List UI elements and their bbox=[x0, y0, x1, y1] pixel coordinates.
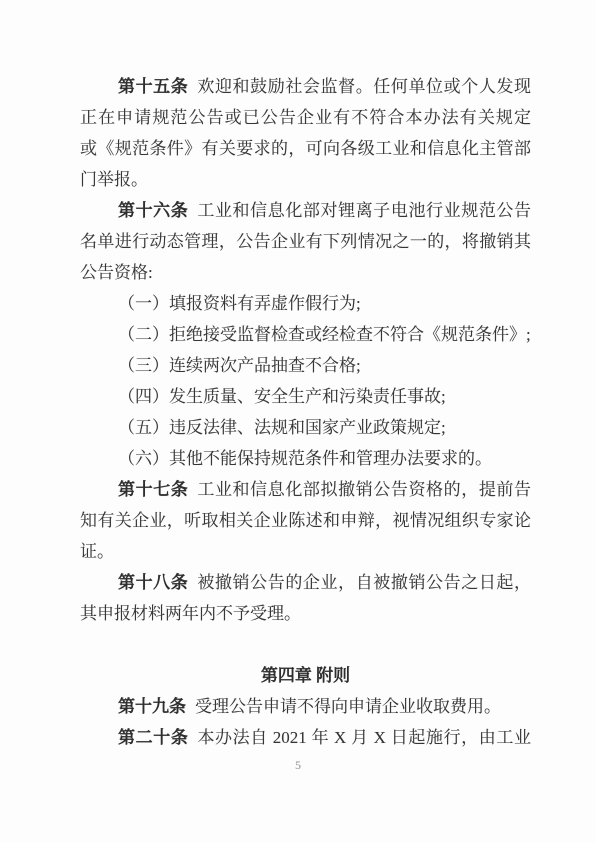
article-number: 第十七条 bbox=[118, 480, 188, 499]
article-line: 名单进行动态管理，公告企业有下列情况之一的，将撤销其 bbox=[80, 226, 531, 257]
article-number: 第二十条 bbox=[118, 728, 188, 747]
list-item-text: （一）填报资料有弄虚作假行为; bbox=[118, 294, 361, 313]
text-block: 第十五条欢迎和鼓励社会监督。任何单位或个人发现 正在申请规范公告或已公告企业有不… bbox=[80, 71, 531, 753]
article-text: 本办法自 2021 年 X 月 X 日起施行，由工业 bbox=[197, 728, 531, 747]
list-item-text: （四）发生质量、安全生产和污染责任事故; bbox=[118, 387, 446, 406]
article-text: 门举报。 bbox=[80, 170, 148, 189]
article-text: 欢迎和鼓励社会监督。任何单位或个人发现 bbox=[197, 77, 531, 96]
article-text: 其申报材料两年内不予受理。 bbox=[80, 604, 301, 623]
article-line: 门举报。 bbox=[80, 164, 531, 195]
article-text: 证。 bbox=[80, 542, 114, 561]
article-line: 或《规范条件》有关要求的，可向各级工业和信息化主管部 bbox=[80, 133, 531, 164]
list-item-text: （三）连续两次产品抽查不合格; bbox=[118, 356, 361, 375]
article-line: 其申报材料两年内不予受理。 bbox=[80, 598, 531, 629]
article-number: 第十八条 bbox=[118, 573, 188, 592]
article-text: 或《规范条件》有关要求的，可向各级工业和信息化主管部 bbox=[80, 139, 531, 158]
article-line: 正在申请规范公告或已公告企业有不符合本办法有关规定 bbox=[80, 102, 531, 133]
article-line: 第十九条受理公告申请不得向申请企业收取费用。 bbox=[80, 691, 531, 722]
article-text: 公告资格: bbox=[80, 263, 153, 282]
article-line: 公告资格: bbox=[80, 257, 531, 288]
article-number: 第十九条 bbox=[118, 697, 186, 716]
article-line: 第二十条本办法自 2021 年 X 月 X 日起施行，由工业 bbox=[80, 722, 531, 753]
article-line: 第十六条工业和信息化部对锂离子电池行业规范公告 bbox=[80, 195, 531, 226]
list-item-text: （二）拒绝接受监督检查或经检查不符合《规范条件》; bbox=[118, 325, 531, 344]
article-line: 第十七条工业和信息化部拟撤销公告资格的，提前告 bbox=[80, 474, 531, 505]
list-item: （一）填报资料有弄虚作假行为; bbox=[80, 288, 531, 319]
article-text: 名单进行动态管理，公告企业有下列情况之一的，将撤销其 bbox=[80, 232, 531, 251]
article-text: 被撤销公告的企业，自被撤销公告之日起， bbox=[197, 573, 531, 592]
list-item-text: （六）其他不能保持规范条件和管理办法要求的。 bbox=[118, 449, 492, 468]
article-text: 受理公告申请不得向申请企业收取费用。 bbox=[195, 697, 501, 716]
list-item: （六）其他不能保持规范条件和管理办法要求的。 bbox=[80, 443, 531, 474]
document-page: 第十五条欢迎和鼓励社会监督。任何单位或个人发现 正在申请规范公告或已公告企业有不… bbox=[0, 0, 596, 842]
list-item: （三）连续两次产品抽查不合格; bbox=[80, 350, 531, 381]
article-text: 正在申请规范公告或已公告企业有不符合本办法有关规定 bbox=[80, 108, 531, 127]
page-number: 5 bbox=[0, 757, 596, 773]
article-text: 工业和信息化部拟撤销公告资格的，提前告 bbox=[197, 480, 531, 499]
article-text: 知有关企业，听取相关企业陈述和申辩，视情况组织专家论 bbox=[80, 511, 531, 530]
article-line: 第十八条被撤销公告的企业，自被撤销公告之日起， bbox=[80, 567, 531, 598]
article-number: 第十六条 bbox=[118, 201, 188, 220]
chapter-heading: 第四章 附则 bbox=[80, 660, 531, 691]
list-item: （四）发生质量、安全生产和污染责任事故; bbox=[80, 381, 531, 412]
article-line: 证。 bbox=[80, 536, 531, 567]
list-item-text: （五）违反法律、法规和国家产业政策规定; bbox=[118, 418, 446, 437]
article-line: 第十五条欢迎和鼓励社会监督。任何单位或个人发现 bbox=[80, 71, 531, 102]
list-item: （二）拒绝接受监督检查或经检查不符合《规范条件》; bbox=[80, 319, 531, 350]
list-item: （五）违反法律、法规和国家产业政策规定; bbox=[80, 412, 531, 443]
article-line: 知有关企业，听取相关企业陈述和申辩，视情况组织专家论 bbox=[80, 505, 531, 536]
article-text: 工业和信息化部对锂离子电池行业规范公告 bbox=[197, 201, 531, 220]
article-number: 第十五条 bbox=[118, 77, 188, 96]
